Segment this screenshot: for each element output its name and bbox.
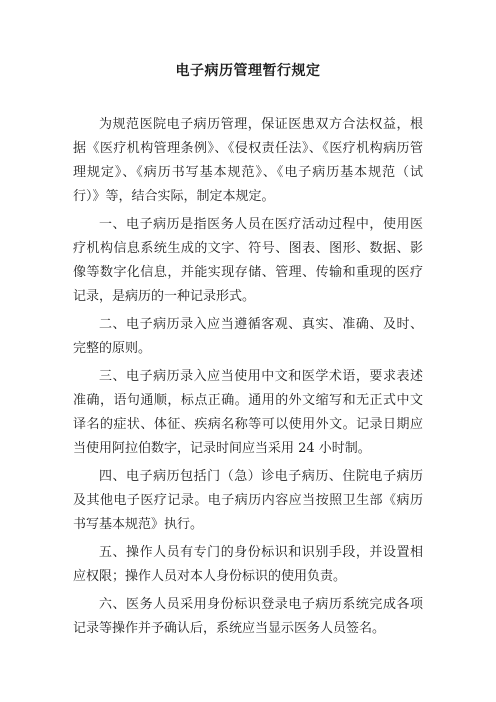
document-paragraph: 二、电子病历录入应当遵循客观、真实、准确、及时、完整的原则。 — [73, 313, 423, 361]
document-paragraph: 四、电子病历包括门（急）诊电子病历、住院电子病历及其他电子医疗记录。电子病历内容… — [73, 465, 423, 537]
document-paragraph: 三、电子病历录入应当使用中文和医学术语，要求表述准确，语句通顺，标点正确。通用的… — [73, 365, 423, 461]
document-title: 电子病历管理暂行规定 — [73, 60, 423, 80]
document-paragraph: 一、电子病历是指医务人员在医疗活动过程中，使用医疗机构信息系统生成的文字、符号、… — [73, 213, 423, 309]
document-paragraph: 六、医务人员采用身份标识登录电子病历系统完成各项记录等操作并予确认后，系统应当显… — [73, 593, 423, 641]
document-page: 电子病历管理暂行规定 为规范医院电子病历管理，保证医患双方合法权益，根据《医疗机… — [0, 0, 496, 702]
document-paragraph: 为规范医院电子病历管理，保证医患双方合法权益，根据《医疗机构管理条例》、《侵权责… — [73, 113, 423, 209]
document-body: 为规范医院电子病历管理，保证医患双方合法权益，根据《医疗机构管理条例》、《侵权责… — [73, 113, 423, 641]
document-paragraph: 五、操作人员有专门的身份标识和识别手段，并设置相应权限；操作人员对本人身份标识的… — [73, 541, 423, 589]
